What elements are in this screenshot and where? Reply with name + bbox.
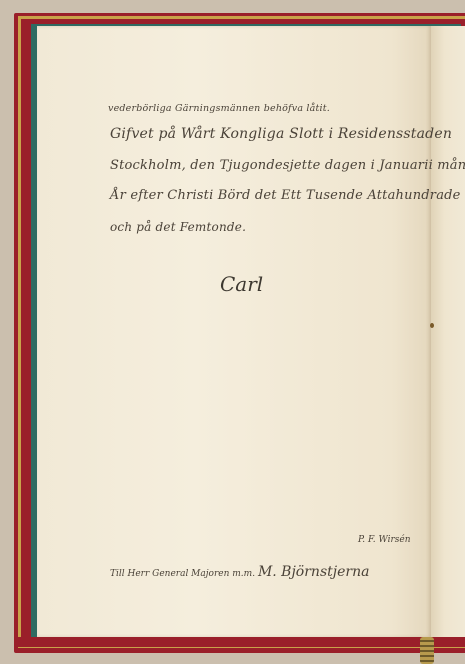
left-page [37, 26, 431, 637]
addressee-line: Till Herr General Majoren m.m. M. Björns… [110, 564, 369, 580]
paper-stain [430, 323, 434, 328]
text-line-4: och på det Femtonde. [110, 220, 246, 234]
text-line-3: År efter Christi Börd det Ett Tusende At… [110, 188, 461, 203]
right-page [431, 26, 465, 637]
addressee-prefix: Till Herr General Majoren m.m. [110, 569, 255, 579]
book-cover-bottom [14, 637, 465, 647]
text-line-0: vederbörliga Gärningsmännen behöfva låti… [108, 103, 330, 114]
bookmark-ribbon[interactable] [420, 637, 434, 664]
royal-signature: Carl [220, 272, 263, 296]
countersignature: P. F. Wirsén [358, 535, 411, 545]
addressee-name: M. Björnstjerna [258, 564, 370, 580]
text-line-2: Stockholm, den Tjugondesjette dagen i Ja… [110, 158, 465, 173]
text-line-1: Gifvet på Wårt Kongliga Slott i Residens… [110, 126, 452, 142]
